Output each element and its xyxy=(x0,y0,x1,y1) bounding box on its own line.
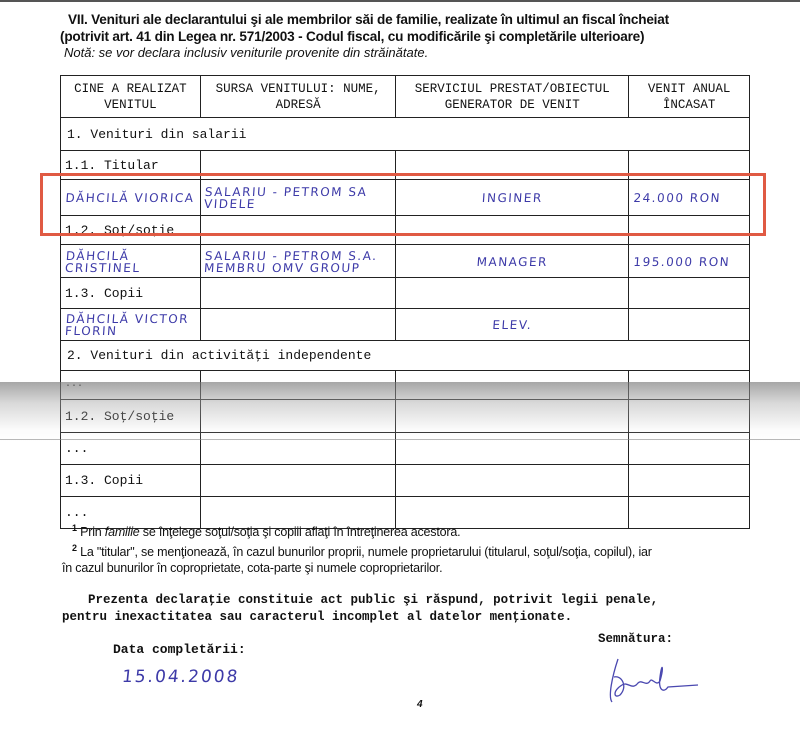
subsection-label: 1.2. Soţ/soţie xyxy=(61,400,201,433)
income-table: CINE A REALIZAT VENITUL SURSA VENITULUI:… xyxy=(60,75,750,529)
subsection-row: 1.2. Soţ/soţie xyxy=(61,216,750,245)
section-title: VII. Venituri ale declarantului şi ale m… xyxy=(68,11,768,45)
cell-service: ELEV. xyxy=(395,309,630,341)
cell-who: DĂHCILĂ CRISTINEL xyxy=(59,245,201,278)
date-label: Data completării: xyxy=(113,642,246,657)
cell-income xyxy=(628,309,751,341)
cell-source: SALARIU - PETROM S.A. MEMBRU OMV GROUP xyxy=(199,245,397,278)
cell-service: MANAGER xyxy=(395,245,630,278)
section-row-salaries: 1. Venituri din salarii xyxy=(61,118,750,151)
cell-who: ... xyxy=(61,433,201,465)
cell-income: 195.000 RON xyxy=(627,245,750,278)
page-fold-line xyxy=(0,439,800,440)
column-header-service: SERVICIUL PRESTAT/OBIECTUL GENERATOR DE … xyxy=(396,76,629,118)
cell-service: INGINER xyxy=(395,180,630,216)
subsection-row: 1.3. Copii xyxy=(61,278,750,309)
table-row: DĂHCILĂ CRISTINEL SALARIU - PETROM S.A. … xyxy=(61,245,750,278)
subsection-row: ... xyxy=(61,371,750,400)
title-line-2: (potrivit art. 41 din Legea nr. 571/2003… xyxy=(60,28,768,45)
subsection-label: 1.3. Copii xyxy=(61,465,201,497)
footnote-1: 1 Prin familie se înţelege soţul/soţia ş… xyxy=(72,520,782,540)
table-header-row: CINE A REALIZAT VENITUL SURSA VENITULUI:… xyxy=(61,76,750,118)
title-line-1: VII. Venituri ale declarantului şi ale m… xyxy=(68,11,768,28)
cell-who: DĂHCILĂ VICTOR FLORIN xyxy=(59,309,201,341)
column-header-income: VENIT ANUAL ÎNCASAT xyxy=(629,76,750,118)
cell-income: 24.000 RON xyxy=(627,180,750,216)
subsection-label: 1.1. Titular xyxy=(61,151,201,180)
signature-label: Semnătura: xyxy=(598,632,673,646)
column-header-source: SURSA VENITULUI: NUME, ADRESĂ xyxy=(200,76,396,118)
subsection-row: 1.2. Soţ/soţie xyxy=(61,400,750,433)
date-value: 15.04.2008 xyxy=(121,667,240,687)
section-label: 1. Venituri din salarii xyxy=(61,118,750,151)
subsection-row: 1.1. Titular xyxy=(61,151,750,180)
cell-who: DĂHCILĂ VIORICA xyxy=(59,180,201,216)
subsection-label: 1.2. Soţ/soţie xyxy=(61,216,201,245)
table-row: DĂHCILĂ VIORICA SALARIU - PETROM SA VIDE… xyxy=(61,180,750,216)
page-number: 4 xyxy=(417,699,423,710)
footnote-2: 2 La "titular", se menţionează, în cazul… xyxy=(72,540,782,560)
declaration-text: Prezenta declaraţie constituie act publi… xyxy=(62,592,762,626)
section-row-independent: 2. Venituri din activităţi independente xyxy=(61,341,750,371)
table-row: ... xyxy=(61,433,750,465)
column-header-who: CINE A REALIZAT VENITUL xyxy=(61,76,201,118)
subsection-label: ... xyxy=(61,371,201,400)
note-text: Notă: se vor declara inclusiv veniturile… xyxy=(64,45,428,60)
table-row: DĂHCILĂ VICTOR FLORIN ELEV. xyxy=(61,309,750,341)
signature-mark xyxy=(600,647,700,707)
footnotes: 1 Prin familie se înţelege soţul/soţia ş… xyxy=(62,520,782,576)
subsection-row: 1.3. Copii xyxy=(61,465,750,497)
section-label: 2. Venituri din activităţi independente xyxy=(61,341,750,371)
cell-source: SALARIU - PETROM SA VIDELE xyxy=(199,180,397,216)
footnote-2-cont: în cazul bunurilor în coproprietate, cot… xyxy=(62,560,782,576)
subsection-label: 1.3. Copii xyxy=(61,278,201,309)
cell-source xyxy=(199,309,397,341)
